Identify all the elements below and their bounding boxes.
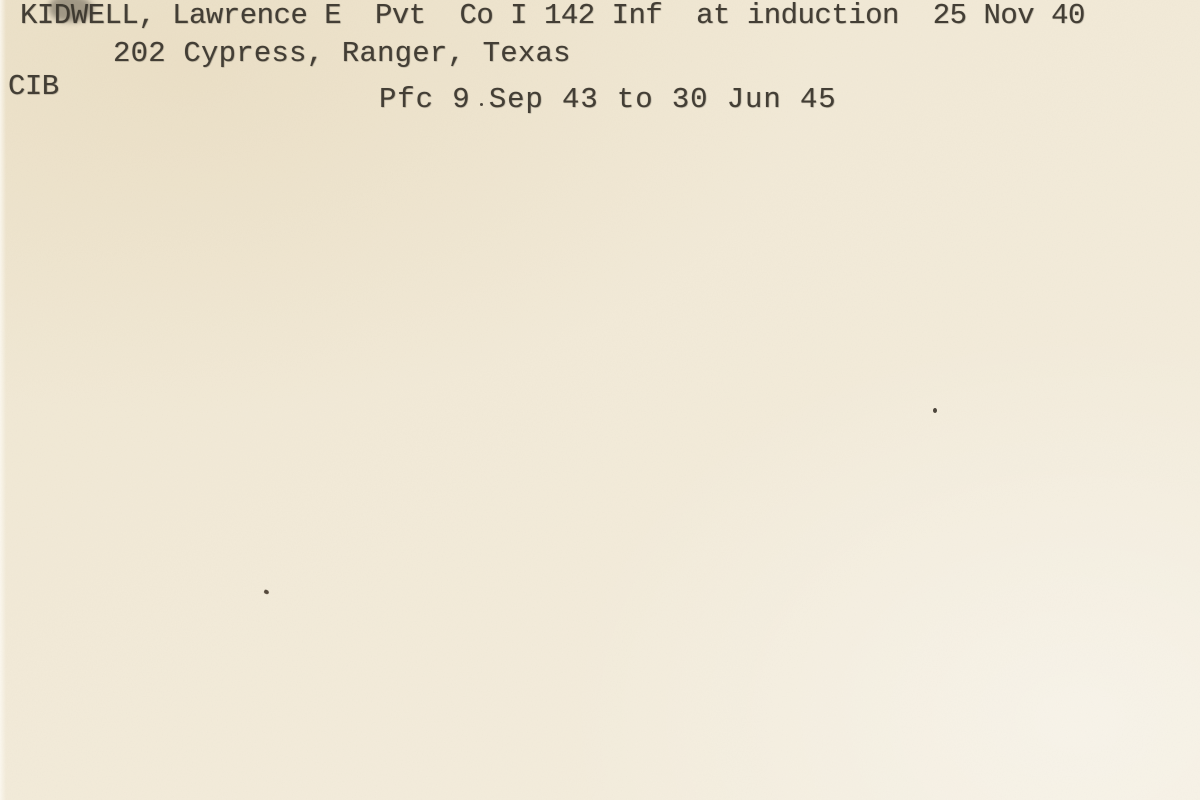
paper-speck (933, 408, 937, 413)
stray-ink-dot (480, 103, 483, 106)
paper-speck (263, 589, 269, 595)
scan-edge-highlight (0, 0, 6, 800)
paper-grain-texture (0, 0, 1200, 800)
typed-line-promotion-dates: Pfc 9 Sep 43 to 30 Jun 45 (379, 84, 837, 116)
typed-line-cib-award: CIB (8, 71, 59, 103)
typed-line-name-rank-unit: KIDWELL, Lawrence E Pvt Co I 142 Inf at … (20, 0, 1085, 32)
scanned-card: KIDWELL, Lawrence E Pvt Co I 142 Inf at … (0, 0, 1200, 800)
typed-line-address: 202 Cypress, Ranger, Texas (113, 38, 571, 70)
